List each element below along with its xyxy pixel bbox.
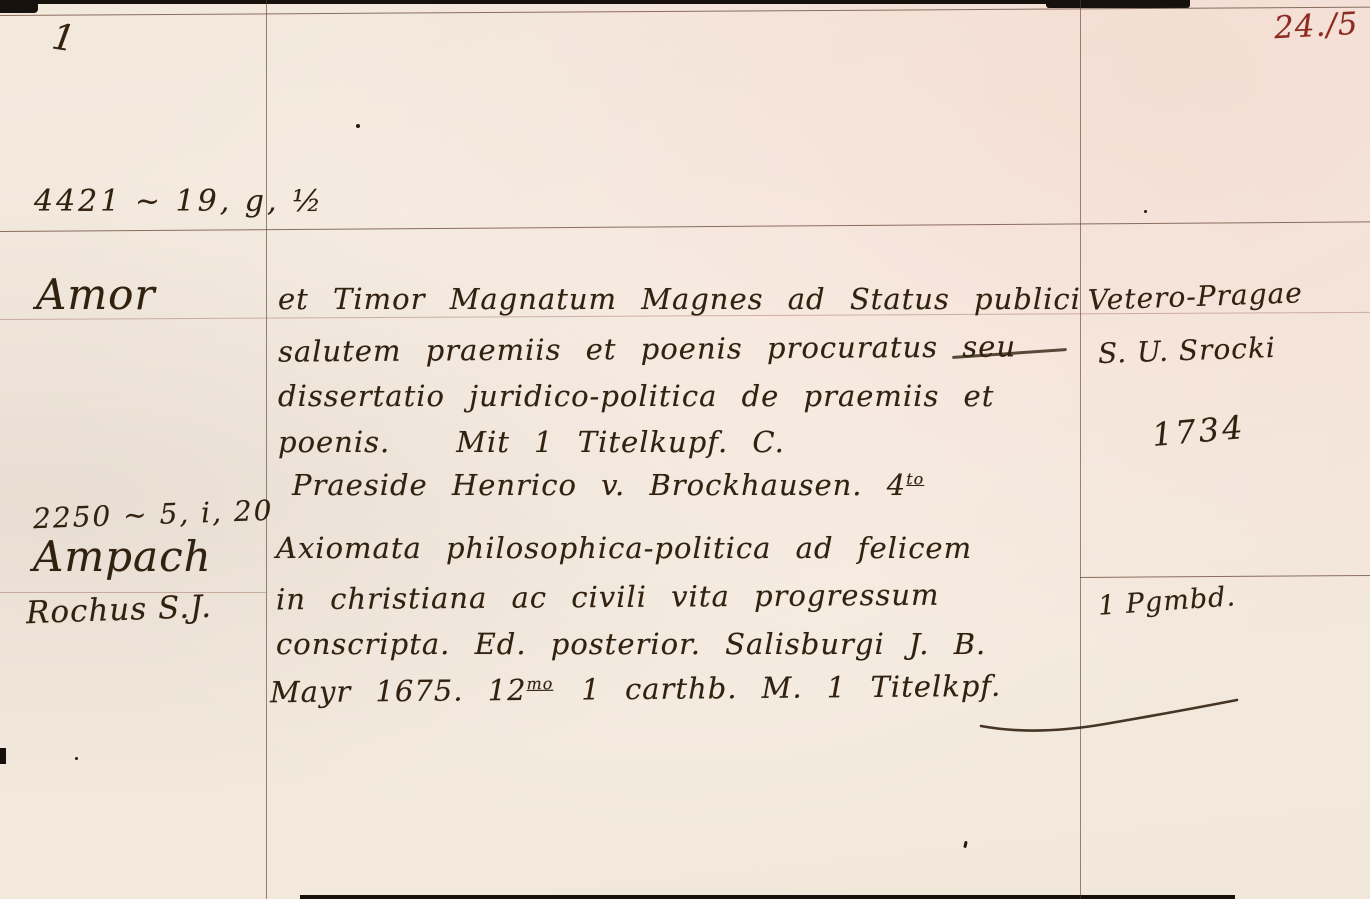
title-line: Praeside Henrico v. Brockhausen. 4to	[292, 468, 924, 502]
rule-row-divider	[0, 221, 1370, 232]
rule-top	[0, 7, 1370, 16]
imprint-year: 1734	[1151, 408, 1247, 454]
title-line: in christiana ac civili vita progressum	[276, 578, 940, 617]
scan-edge-top-right	[1046, 0, 1190, 8]
title-line: et Timor Magnatum Magnes ad Status publi…	[278, 282, 1081, 316]
corner-mark: 24./5	[1273, 6, 1359, 46]
title-line: salutem praemiis et poenis procuratus se…	[278, 329, 1016, 368]
entry-heading: Amor	[36, 270, 156, 319]
ink-speck	[75, 757, 78, 760]
catalog-card-page: 24./5 1 4421 ~ 19, g, ½ Amor et Timor Ma…	[0, 0, 1370, 899]
rule-right-cell	[1080, 575, 1370, 578]
format-superscript: to	[906, 469, 924, 488]
rule-column-left	[266, 0, 267, 899]
title-line: poenis.Mit 1 Titelkupf. C.	[278, 425, 785, 459]
title-line: conscripta. Ed. posterior. Salisburgi J.…	[276, 627, 986, 661]
imprint-place: Vetero-Pragae	[1087, 276, 1303, 316]
ink-speck	[963, 841, 967, 848]
scan-edge-bottom	[300, 895, 1235, 899]
entry-shelfmark: 4421 ~ 19, g, ½	[34, 184, 324, 219]
scan-edge-left-tick	[0, 748, 6, 764]
scan-edge-top-left	[0, 0, 38, 13]
page-number: 1	[49, 16, 79, 60]
entry-heading: Ampach	[33, 532, 212, 581]
imprint-publisher: S. U. Srocki	[1097, 331, 1276, 370]
format-superscript: mo	[526, 674, 553, 693]
title-line: dissertatio juridico-politica de praemii…	[278, 379, 994, 413]
ink-speck	[356, 124, 360, 128]
ink-speck	[1144, 210, 1147, 213]
binding-note: 1 Pgmbd.	[1097, 581, 1237, 622]
title-line: Mayr 1675. 12mo1 carthb. M. 1 Titelkpf.	[270, 669, 1002, 709]
entry-shelfmark: 2250 ~ 5, i, 20	[32, 494, 274, 535]
pen-flourish-swoosh	[975, 696, 1255, 740]
entry-heading-sub: Rochus S.J.	[25, 589, 212, 631]
title-line: Axiomata philosophica-politica ad felice…	[276, 531, 972, 565]
rule-column-right	[1080, 0, 1081, 899]
scan-edge-top	[0, 0, 1185, 4]
